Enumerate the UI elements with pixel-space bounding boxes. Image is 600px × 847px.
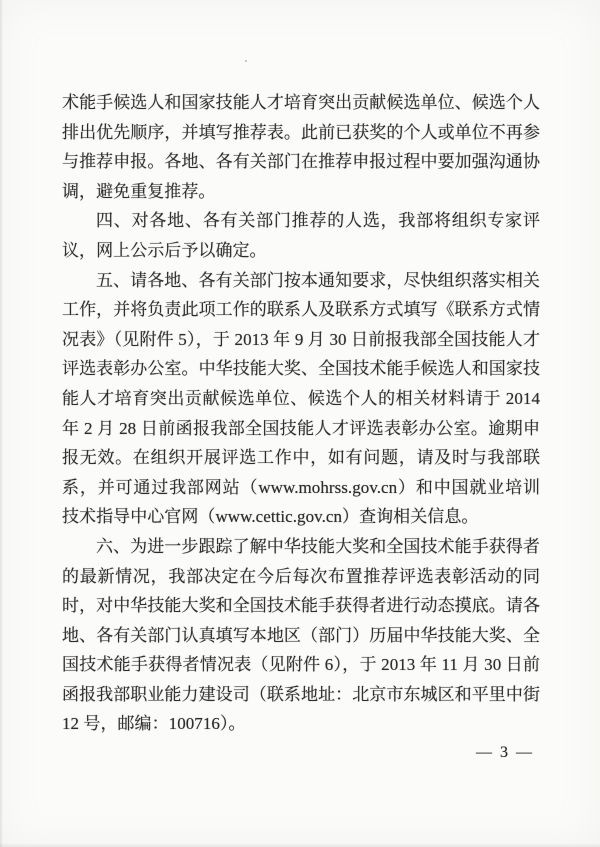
page-number: — 3 — bbox=[476, 744, 534, 762]
paragraph-item-6: 六、为进一步跟踪了解中华技能大奖和全国技术能手获得者的最新情况，我部决定在今后每… bbox=[62, 532, 540, 739]
paragraph-continuation: 术能手候选人和国家技能人才培育突出贡献候选单位、候选个人排出优先顺序，并填写推荐… bbox=[62, 88, 540, 206]
paragraph-item-4: 四、对各地、各有关部门推荐的人选，我部将组织专家评议，网上公示后予以确定。 bbox=[62, 206, 540, 265]
scan-speck bbox=[245, 60, 247, 62]
document-page: 术能手候选人和国家技能人才培育突出贡献候选单位、候选个人排出优先顺序，并填写推荐… bbox=[0, 0, 600, 847]
document-body-text: 术能手候选人和国家技能人才培育突出贡献候选单位、候选个人排出优先顺序，并填写推荐… bbox=[62, 88, 540, 739]
paragraph-item-5: 五、请各地、各有关部门按本通知要求，尽快组织落实相关工作，并将负责此项工作的联系… bbox=[62, 266, 540, 532]
